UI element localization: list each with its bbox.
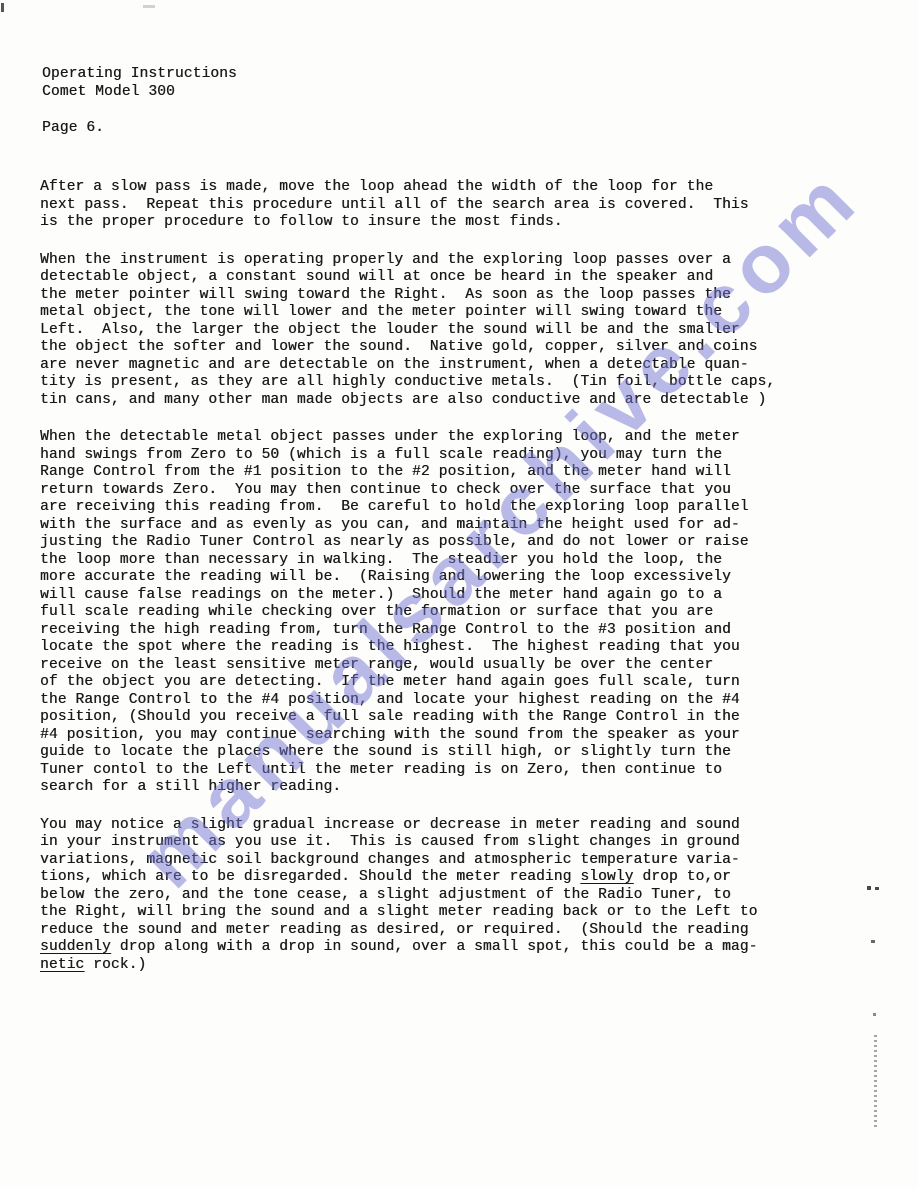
paragraph: When the detectable metal object passes … bbox=[40, 429, 840, 797]
text-line: more accurate the reading will be. (Rais… bbox=[40, 569, 840, 587]
underlined-word: netic bbox=[40, 957, 84, 973]
text-line: is the proper procedure to follow to ins… bbox=[40, 214, 840, 232]
underlined-word: suddenly bbox=[40, 939, 111, 955]
text-line: #4 position, you may continue searching … bbox=[40, 727, 840, 745]
text-line: guide to locate the places where the sou… bbox=[40, 744, 840, 762]
text-line: detectable object, a constant sound will… bbox=[40, 269, 840, 287]
text-line: tions, which are to be disregarded. Shou… bbox=[40, 869, 840, 887]
scan-speck bbox=[875, 887, 879, 890]
text-line: justing the Radio Tuner Control as nearl… bbox=[40, 534, 840, 552]
text-line: When the detectable metal object passes … bbox=[40, 429, 840, 447]
paragraph: When the instrument is operating properl… bbox=[40, 252, 840, 410]
text-line: reduce the sound and meter reading as de… bbox=[40, 922, 840, 940]
text-line: search for a still higher reading. bbox=[40, 779, 840, 797]
scan-streak bbox=[874, 1035, 877, 1130]
text-line: tin cans, and many other man made object… bbox=[40, 392, 840, 410]
text-line: locate the spot where the reading is the… bbox=[40, 639, 840, 657]
document-model: Comet Model 300 bbox=[42, 84, 237, 102]
text-line: with the surface and as evenly as you ca… bbox=[40, 517, 840, 535]
underlined-word: slowly bbox=[580, 869, 633, 885]
text-line: are never magnetic and are detectable on… bbox=[40, 357, 840, 375]
scan-speck bbox=[871, 940, 875, 943]
text-line: tity is present, as they are all highly … bbox=[40, 374, 840, 392]
scan-smudge bbox=[143, 5, 155, 8]
text-line: the object the softer and lower the soun… bbox=[40, 339, 840, 357]
text-line: hand swings from Zero to 50 (which is a … bbox=[40, 447, 840, 465]
text-line: suddenly drop along with a drop in sound… bbox=[40, 939, 840, 957]
text-line: in your instrument as you use it. This i… bbox=[40, 834, 840, 852]
page-number: Page 6. bbox=[42, 120, 104, 138]
text-line: return towards Zero. You may then contin… bbox=[40, 482, 840, 500]
text-line: full scale reading while checking over t… bbox=[40, 604, 840, 622]
text-line: the meter pointer will swing toward the … bbox=[40, 287, 840, 305]
text-line: You may notice a slight gradual increase… bbox=[40, 817, 840, 835]
text-line: After a slow pass is made, move the loop… bbox=[40, 179, 840, 197]
text-line: When the instrument is operating properl… bbox=[40, 252, 840, 270]
paragraph: After a slow pass is made, move the loop… bbox=[40, 179, 840, 232]
text-line: position, (Should you receive a full sal… bbox=[40, 709, 840, 727]
text-line: variations, magnetic soil background cha… bbox=[40, 852, 840, 870]
scanned-document-page: Operating Instructions Comet Model 300 P… bbox=[0, 0, 918, 1188]
text-line: Left. Also, the larger the object the lo… bbox=[40, 322, 840, 340]
document-title: Operating Instructions bbox=[42, 66, 237, 84]
text-line: Range Control from the #1 position to th… bbox=[40, 464, 840, 482]
text-line: the Range Control to the #4 position, an… bbox=[40, 692, 840, 710]
text-line: the Right, will bring the sound and a sl… bbox=[40, 904, 840, 922]
scan-speck bbox=[867, 886, 871, 890]
scan-speck bbox=[873, 1013, 876, 1016]
text-line: the loop more than necessary in walking.… bbox=[40, 552, 840, 570]
scan-speck bbox=[1, 3, 4, 12]
text-line: Tuner contol to the Left until the meter… bbox=[40, 762, 840, 780]
text-line: of the object you are detecting. If the … bbox=[40, 674, 840, 692]
text-line: are receiving this reading from. Be care… bbox=[40, 499, 840, 517]
text-line: receiving the high reading from, turn th… bbox=[40, 622, 840, 640]
text-line: next pass. Repeat this procedure until a… bbox=[40, 197, 840, 215]
paragraph: You may notice a slight gradual increase… bbox=[40, 817, 840, 975]
document-header: Operating Instructions Comet Model 300 bbox=[42, 66, 237, 101]
text-line: metal object, the tone will lower and th… bbox=[40, 304, 840, 322]
text-line: netic rock.) bbox=[40, 957, 840, 975]
document-body: After a slow pass is made, move the loop… bbox=[40, 179, 840, 994]
text-line: receive on the least sensitive meter ran… bbox=[40, 657, 840, 675]
text-line: below the zero, and the tone cease, a sl… bbox=[40, 887, 840, 905]
text-line: will cause false readings on the meter.)… bbox=[40, 587, 840, 605]
